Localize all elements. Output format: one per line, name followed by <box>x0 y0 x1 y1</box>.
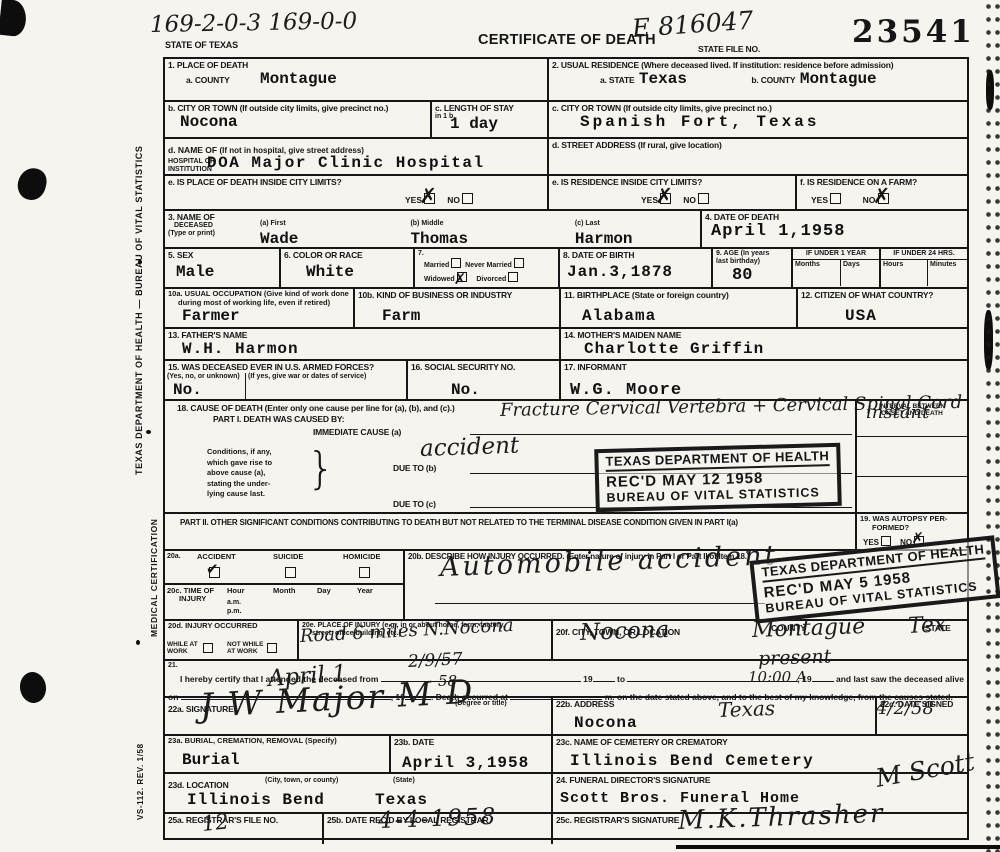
field-23d-city-value: Illinois Bend <box>187 792 325 809</box>
field-21-certification: 21. I hereby certify that I attended the… <box>165 659 967 696</box>
field-3-name-of-deceased: 3. NAME OF DECEASED (Type or print) (a) … <box>165 211 700 247</box>
field-5-label: 5. SEX <box>168 250 276 260</box>
field-23c-label: 23c. NAME OF CEMETERY OR CREMATORY <box>556 737 964 747</box>
while-at-work-checkbox <box>203 643 213 653</box>
certificate-number-stamp: 23541 <box>852 14 975 50</box>
field-13-label: 13. FATHER'S NAME <box>168 330 556 340</box>
field-11-value: Alabama <box>582 308 656 325</box>
conditions-note-line3: above cause (a), <box>207 468 265 477</box>
conditions-note-line4: stating the under- <box>207 479 270 488</box>
interval-b-cell <box>857 437 967 477</box>
margin-form-number: VS-112. REV. 1/58 <box>136 732 145 832</box>
interval-column: INTERVAL BETWEEN ONSET AND DEATH <box>855 401 967 512</box>
scan-artifact <box>138 260 142 264</box>
field-1e-no-label: NO <box>447 195 460 205</box>
field-23a-burial: 23a. BURIAL, CREMATION, REMOVAL (Specify… <box>165 736 389 772</box>
interval-label1: INTERVAL BETWEEN <box>857 401 967 410</box>
field-6-value: White <box>306 264 354 281</box>
field-9-age: 9. AGE (In years last birthday) 80 <box>711 249 791 287</box>
field-part2: PART II. OTHER SIGNIFICANT CONDITIONS CO… <box>165 514 855 549</box>
field-9-if-under-1-year: IF UNDER 1 YEAR Months Days <box>791 249 879 287</box>
cert-19b: 19 <box>802 674 811 684</box>
field-10b-value: Farm <box>382 308 420 325</box>
field-3-label3: (Type or print) <box>168 230 260 238</box>
field-16-social-security: 16. SOCIAL SECURITY NO. No. <box>406 361 559 399</box>
field-2a-state-value: Texas <box>639 71 687 88</box>
field-14-mothers-maiden-name: 14. MOTHER'S MAIDEN NAME Charlotte Griff… <box>559 329 967 359</box>
field-22c-label: 22c. DATE SIGNED <box>880 699 964 709</box>
field-2e-no-label: NO <box>683 195 696 205</box>
handwritten-state-file-no: E 816047 <box>631 6 754 43</box>
field-24-funeral-director: 24. FUNERAL DIRECTOR'S SIGNATURE Scott B… <box>551 774 967 812</box>
field-14-value: Charlotte Griffin <box>584 341 764 358</box>
field-2d-street-address: d. STREET ADDRESS (If rural, give locati… <box>547 139 967 174</box>
check-mark: ✔ <box>206 560 219 578</box>
margin-medical-certification-text: MEDICAL CERTIFICATION <box>149 498 159 658</box>
field-3b-middle-label: (b) Middle <box>410 220 570 228</box>
field-20f-city-town-location: 20f. CITY, TOWN, OR LOCATION COUNTY STAT… <box>551 621 967 659</box>
field-2c-city: c. CITY OR TOWN (If outside city limits,… <box>547 102 967 137</box>
field-2c-label: c. CITY OR TOWN (If outside city limits,… <box>552 103 964 113</box>
month-label: Month <box>273 587 296 596</box>
not-while-at-work-checkbox <box>267 643 277 653</box>
field-20a-20c-block: 20a. ACCIDENT ✔ SUICIDE HOMICIDE 20c. TI… <box>165 551 403 619</box>
field-4-value: April 1,1958 <box>711 223 845 241</box>
field-20c-label2: INJURY <box>179 595 206 604</box>
cert-19a: 19 <box>583 674 592 684</box>
field-8-date-of-birth: 8. DATE OF BIRTH Jan.3,1878 <box>558 249 711 287</box>
scan-artifact <box>0 0 28 37</box>
field-2c-value: Spanish Fort, Texas <box>580 114 819 131</box>
field-2a-state-label: a. STATE <box>600 75 634 85</box>
field-6-color-or-race: 6. COLOR OR RACE White <box>279 249 413 287</box>
field-24-label: 24. FUNERAL DIRECTOR'S SIGNATURE <box>556 775 964 785</box>
field-23d-state-value: Texas <box>375 792 428 809</box>
months-label: Months <box>793 260 840 286</box>
field-15-label: 15. WAS DECEASED EVER IN U.S. ARMED FORC… <box>165 361 406 373</box>
scan-artifact <box>146 430 151 434</box>
field-1e-yes-checkbox: ✗ <box>424 193 435 204</box>
field-22a-signature: 22a. SIGNATURE (Degree or title) <box>165 698 551 734</box>
field-13-value: W.H. Harmon <box>182 341 299 358</box>
field-2-usual-residence: 2. USUAL RESIDENCE (Where deceased lived… <box>547 59 967 100</box>
field-20a-accident-suicide-homicide: 20a. ACCIDENT ✔ SUICIDE HOMICIDE <box>165 551 403 583</box>
suicide-label: SUICIDE <box>273 553 303 562</box>
field-7-widowed-checkbox: ✗ <box>457 272 467 282</box>
due-to-b-label: DUE TO (b) <box>393 463 436 473</box>
field-25b-date-recd: 25b. DATE REC'D BY LOCAL REGISTRAR <box>322 814 551 844</box>
injury-line <box>435 603 765 604</box>
field-2b-county-value: Montague <box>800 71 877 88</box>
field-9-if-under-24-hrs: IF UNDER 24 HRS. Hours Minutes <box>879 249 967 287</box>
field-8-label: 8. DATE OF BIRTH <box>563 250 708 260</box>
x-mark: ✗ <box>655 184 673 208</box>
cert-text-1: I hereby certify that I attended the dec… <box>180 674 378 684</box>
field-15-sublabel2: (If yes, give war or dates of service) <box>246 373 406 381</box>
field-20e-place-of-injury: 20e. PLACE OF INJURY (e.g., in or about … <box>297 621 551 659</box>
field-24-value: Scott Bros. Funeral Home <box>560 791 800 807</box>
brace-glyph: } <box>307 443 335 494</box>
field-7-never-married-checkbox <box>514 258 524 268</box>
field-22a-label: 22a. SIGNATURE <box>168 704 234 714</box>
county-header-label: COUNTY <box>771 623 806 633</box>
field-10b-label: 10b. KIND OF BUSINESS OR INDUSTRY <box>358 290 556 300</box>
field-10b-business: 10b. KIND OF BUSINESS OR INDUSTRY Farm <box>353 289 559 327</box>
field-23a-value: Burial <box>182 752 240 769</box>
field-23b-date: 23b. DATE April 3,1958 <box>389 736 551 772</box>
field-21-label: 21. <box>168 662 964 670</box>
field-23c-cemetery: 23c. NAME OF CEMETERY OR CREMATORY Illin… <box>551 736 967 772</box>
field-15-value: No. <box>173 382 202 399</box>
while-at-work-label1: WHILE AT <box>167 641 198 648</box>
field-25c-label: 25c. REGISTRAR'S SIGNATURE <box>556 815 964 825</box>
conditions-note-line2: which gave rise to <box>207 458 272 467</box>
field-7-never-married-label: Never Married <box>465 262 512 269</box>
field-2f-residence-on-farm: f. IS RESIDENCE ON A FARM? YES NO ✗ <box>795 176 967 209</box>
part1-label: PART I. DEATH WAS CAUSED BY: <box>213 414 344 424</box>
field-19-yes-checkbox <box>881 536 891 546</box>
field-2f-no-checkbox: ✗ <box>878 193 889 204</box>
field-25a-label: 25a. REGISTRAR'S FILE NO. <box>168 815 319 825</box>
interval-label2: ONSET AND DEATH <box>857 410 967 417</box>
conditions-note-line1: Conditions, if any, <box>207 447 271 456</box>
field-12-label: 12. CITIZEN OF WHAT COUNTRY? <box>801 290 964 300</box>
scan-artifact <box>15 165 50 203</box>
field-22b-label: 22b. ADDRESS <box>556 699 872 709</box>
field-1c-value: 1 day <box>450 116 498 133</box>
state-file-no-label: STATE FILE NO. <box>698 44 760 54</box>
field-19-yes-label: YES <box>863 538 879 547</box>
field-1e-label: e. IS PLACE OF DEATH INSIDE CITY LIMITS? <box>168 177 544 187</box>
year-label: Year <box>357 587 373 596</box>
part2-label: PART II. OTHER SIGNIFICANT CONDITIONS CO… <box>180 518 852 528</box>
state-sublabel: (State) <box>393 777 415 785</box>
field-2e-yes-checkbox: ✗ <box>660 193 671 204</box>
interval-c-cell <box>857 477 967 510</box>
cause-a-line <box>470 434 852 435</box>
field-2e-residence-city-limits: e. IS RESIDENCE INSIDE CITY LIMITS? YES … <box>547 176 795 209</box>
field-2d-label: d. STREET ADDRESS (If rural, give locati… <box>552 140 964 150</box>
field-15-sublabel1: (Yes, no, or unknown) <box>165 373 245 381</box>
field-3a-first-value: Wade <box>260 231 406 248</box>
death-certificate-scan: TEXAS DEPARTMENT OF HEALTH — BUREAU OF V… <box>0 0 1000 852</box>
field-10a-label2: during most of working life, even if ret… <box>178 299 350 308</box>
scan-noise-edge <box>984 0 1000 852</box>
hour-label: Hour <box>227 587 245 596</box>
field-2f-yes-label: YES <box>811 195 828 205</box>
field-3-label1: 3. NAME OF <box>168 212 260 222</box>
field-9-value: 80 <box>732 267 752 285</box>
scan-artifact <box>18 670 48 704</box>
field-23b-label: 23b. DATE <box>394 737 548 747</box>
due-to-c-label: DUE TO (c) <box>393 499 436 509</box>
days-label: Days <box>840 260 879 286</box>
field-6-label: 6. COLOR OR RACE <box>284 250 410 260</box>
field-12-citizen: 12. CITIZEN OF WHAT COUNTRY? USA <box>796 289 967 327</box>
city-town-county-sublabel: (City, town, or county) <box>265 777 338 785</box>
field-8-value: Jan.3,1878 <box>567 264 673 281</box>
minutes-label: Minutes <box>927 260 967 286</box>
field-4-label: 4. DATE OF DEATH <box>705 212 964 222</box>
field-23a-label: 23a. BURIAL, CREMATION, REMOVAL (Specify… <box>168 737 386 746</box>
field-7-divorced-checkbox <box>508 272 518 282</box>
while-at-work-label2: WORK <box>167 648 188 655</box>
blank-from-date <box>381 670 581 682</box>
state-header-label: STATE <box>925 623 951 633</box>
field-3-label2: DECEASED <box>174 222 260 230</box>
field-1c-length-of-stay: c. LENGTH OF STAY in 1 b. 1 day <box>430 102 547 137</box>
field-7-divorced-label: Divorced <box>476 276 506 283</box>
homicide-label: HOMICIDE <box>343 553 381 562</box>
homicide-checkbox <box>359 567 370 578</box>
field-1e-inside-city-limits: e. IS PLACE OF DEATH INSIDE CITY LIMITS?… <box>165 176 547 209</box>
field-3b-middle-value: Thomas <box>410 231 570 248</box>
field-22c-date-signed: 22c. DATE SIGNED <box>875 698 967 734</box>
field-20e-label1: 20e. PLACE OF INJURY (e.g., in or about … <box>302 622 548 630</box>
field-11-label: 11. BIRTHPLACE (State or foreign country… <box>564 290 793 300</box>
field-10a-occupation: 10a. USUAL OCCUPATION (Give kind of work… <box>165 289 353 327</box>
field-1e-no-checkbox <box>462 193 473 204</box>
field-22b-value: Nocona <box>574 715 638 732</box>
field-2b-county-label: b. COUNTY <box>751 75 795 85</box>
field-2e-no-checkbox <box>698 193 709 204</box>
field-5-sex: 5. SEX Male <box>165 249 279 287</box>
cert-to: to <box>617 674 625 684</box>
blank-19a <box>593 670 615 682</box>
field-1b-city: b. CITY OR TOWN (If outside city limits,… <box>165 102 430 137</box>
scan-artifact <box>136 640 140 645</box>
field-11-birthplace: 11. BIRTHPLACE (State or foreign country… <box>559 289 796 327</box>
day-label: Day <box>317 587 331 596</box>
field-9-label2: last birthday) <box>716 258 788 266</box>
field-1d-value: DOA Major Clinic Hospital <box>207 155 485 172</box>
field-1a-county-value: Montague <box>260 71 337 88</box>
field-23d-location: 23d. LOCATION (City, town, or county) (S… <box>165 774 551 812</box>
field-20c-time-of-injury: 20c. TIME OF INJURY Hour Month Day Year … <box>165 583 403 623</box>
field-5-value: Male <box>176 264 214 281</box>
field-20d-label: 20d. INJURY OCCURRED <box>168 622 294 631</box>
field-1-place-of-death: 1. PLACE OF DEATH a. COUNTY Montague <box>165 59 547 100</box>
field-20e-label2: street, office building, etc.) <box>312 630 548 638</box>
field-22b-address: 22b. ADDRESS Nocona <box>551 698 875 734</box>
field-23b-value: April 3,1958 <box>402 755 529 772</box>
field-16-value: No. <box>451 382 480 399</box>
handwritten-index-code: 169-2-0-3 169-0-0 <box>150 8 358 38</box>
field-25c-registrars-signature: 25c. REGISTRAR'S SIGNATURE <box>551 814 967 844</box>
field-20a-label: 20a. <box>167 553 181 561</box>
field-7-widowed-label: Widowed <box>424 276 455 283</box>
x-mark: ✗ <box>873 184 891 208</box>
field-1b-value: Nocona <box>180 114 238 131</box>
field-1a-county-label: a. COUNTY <box>186 75 230 85</box>
field-2-label: 2. USUAL RESIDENCE (Where deceased lived… <box>552 60 964 70</box>
conditions-note-line5: lying cause last. <box>207 489 265 498</box>
field-13-fathers-name: 13. FATHER'S NAME W.H. Harmon <box>165 329 559 359</box>
pm-label: p.m. <box>227 608 241 616</box>
accident-checkbox: ✔ <box>209 567 220 578</box>
hours-label: Hours <box>881 260 927 286</box>
field-7-marital-status: 7. Married Never Married Widowed ✗ Divor… <box>413 249 558 287</box>
received-stamp-may-12: TEXAS DEPARTMENT OF HEALTH REC'D MAY 12 … <box>594 443 841 512</box>
under-24-hrs-label: IF UNDER 24 HRS. <box>881 249 967 260</box>
am-label: a.m. <box>227 599 241 607</box>
scan-artifact <box>676 845 1000 849</box>
field-1d-hospital: d. NAME OF (If not in hospital, give str… <box>165 139 547 174</box>
field-9-label1: 9. AGE (In years <box>716 250 788 258</box>
field-14-label: 14. MOTHER'S MAIDEN NAME <box>564 330 964 340</box>
field-2f-yes-checkbox <box>830 193 841 204</box>
field-25b-label: 25b. DATE REC'D BY LOCAL REGISTRAR <box>327 815 548 825</box>
field-23d-label: 23d. LOCATION <box>168 780 229 790</box>
certificate-title: CERTIFICATE OF DEATH <box>478 32 656 48</box>
field-1c-label: c. LENGTH OF STAY <box>435 103 544 113</box>
field-12-value: USA <box>845 308 877 325</box>
immediate-cause-label: IMMEDIATE CAUSE (a) <box>313 427 401 437</box>
degree-or-title-label: (Degree or title) <box>455 700 507 708</box>
suicide-checkbox <box>285 567 296 578</box>
field-15-armed-forces: 15. WAS DECEASED EVER IN U.S. ARMED FORC… <box>165 361 406 399</box>
blank-to-date <box>627 670 797 682</box>
not-while-at-work-label1: NOT WHILE <box>227 641 263 648</box>
field-20d-injury-occurred: 20d. INJURY OCCURRED WHILE AT WORK NOT W… <box>165 621 297 659</box>
field-3c-last-value: Harmon <box>575 231 633 248</box>
field-1-label: 1. PLACE OF DEATH <box>168 60 544 70</box>
field-10a-value: Farmer <box>182 308 240 325</box>
field-16-label: 16. SOCIAL SECURITY NO. <box>411 362 556 372</box>
margin-department-text: TEXAS DEPARTMENT OF HEALTH — BUREAU OF V… <box>134 60 144 560</box>
field-17-label: 17. INFORMANT <box>564 362 964 372</box>
state-of-texas-label: STATE OF TEXAS <box>165 40 238 51</box>
x-mark: ✗ <box>419 184 437 208</box>
field-18-label: 18. CAUSE OF DEATH (Enter only one cause… <box>177 403 455 413</box>
field-3c-last-label: (c) Last <box>575 220 600 228</box>
cert-text-2: and last saw the deceased alive <box>836 674 964 684</box>
certificate-form: 1. PLACE OF DEATH a. COUNTY Montague 2. … <box>163 57 969 840</box>
field-3a-first-label: (a) First <box>260 220 406 228</box>
field-4-date-of-death: 4. DATE OF DEATH April 1,1958 <box>700 211 967 247</box>
field-20f-label: 20f. CITY, TOWN, OR LOCATION <box>556 627 680 637</box>
field-1b-label: b. CITY OR TOWN (If outside city limits,… <box>168 103 427 113</box>
field-17-informant: 17. INFORMANT W.G. Moore <box>559 361 967 399</box>
field-23c-value: Illinois Bend Cemetery <box>570 753 814 770</box>
field-17-value: W.G. Moore <box>570 382 682 400</box>
field-7-married-label: Married <box>424 262 449 269</box>
field-25a-registrars-file-no: 25a. REGISTRAR'S FILE NO. <box>165 814 322 844</box>
not-while-at-work-label2: AT WORK <box>227 648 258 655</box>
blank-19b <box>812 670 834 682</box>
field-7-label: 7. <box>418 250 555 258</box>
under-1-year-label: IF UNDER 1 YEAR <box>793 249 879 260</box>
